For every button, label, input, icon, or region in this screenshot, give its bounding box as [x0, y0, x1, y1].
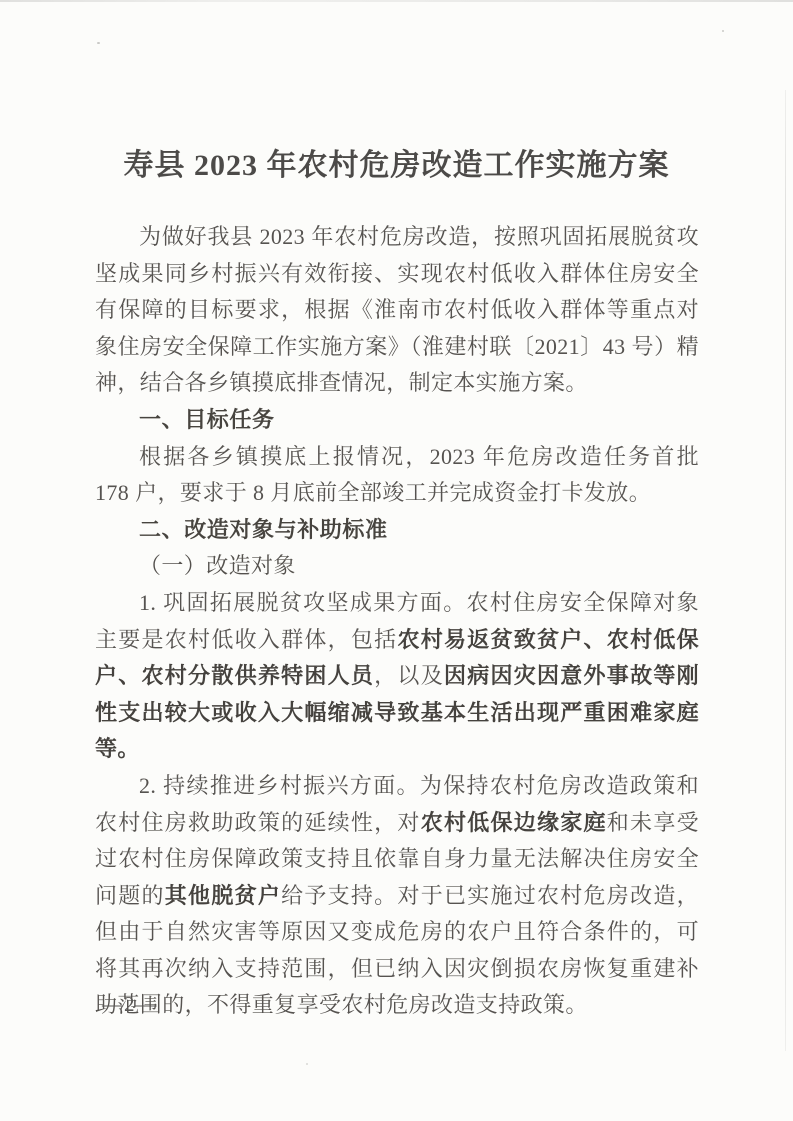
scan-speck [97, 42, 100, 44]
scanned-document-page: 寿县 2023 年农村危房改造工作实施方案 为做好我县 2023 年农村危房改造… [0, 0, 793, 1121]
section-1-paragraph: 根据各乡镇摸底上报情况，2023 年危房改造任务首批 178 户，要求于 8 月… [95, 439, 699, 512]
page-number: —2— [102, 992, 158, 1017]
scan-right-edge-artifact [785, 90, 786, 1051]
renovation-targets-paragraph-2: 2. 持续推进乡村振兴方面。为保持农村危房改造政策和农村住房救助政策的延续性，对… [95, 768, 699, 1024]
scan-speck [722, 30, 724, 32]
text-segment-bold: 其他脱贫户 [165, 883, 281, 908]
document-title: 寿县 2023 年农村危房改造工作实施方案 [0, 146, 793, 186]
scan-speck [306, 1063, 308, 1065]
document-body: 为做好我县 2023 年农村危房改造，按照巩固拓展脱贫攻坚成果同乡村振兴有效衔接… [95, 219, 699, 1024]
text-segment: ，以及 [374, 663, 444, 688]
subsection-1-heading: （一）改造对象 [95, 548, 699, 585]
renovation-targets-paragraph-1: 1. 巩固拓展脱贫攻坚成果方面。农村住房安全保障对象主要是农村低收入群体，包括农… [95, 585, 699, 768]
section-2-heading: 二、改造对象与补助标准 [95, 512, 699, 549]
section-1-heading: 一、目标任务 [95, 402, 699, 439]
scan-top-edge-artifact [0, 0, 793, 2]
text-segment-bold: 农村低保边缘家庭 [421, 810, 607, 835]
intro-paragraph: 为做好我县 2023 年农村危房改造，按照巩固拓展脱贫攻坚成果同乡村振兴有效衔接… [95, 219, 699, 402]
